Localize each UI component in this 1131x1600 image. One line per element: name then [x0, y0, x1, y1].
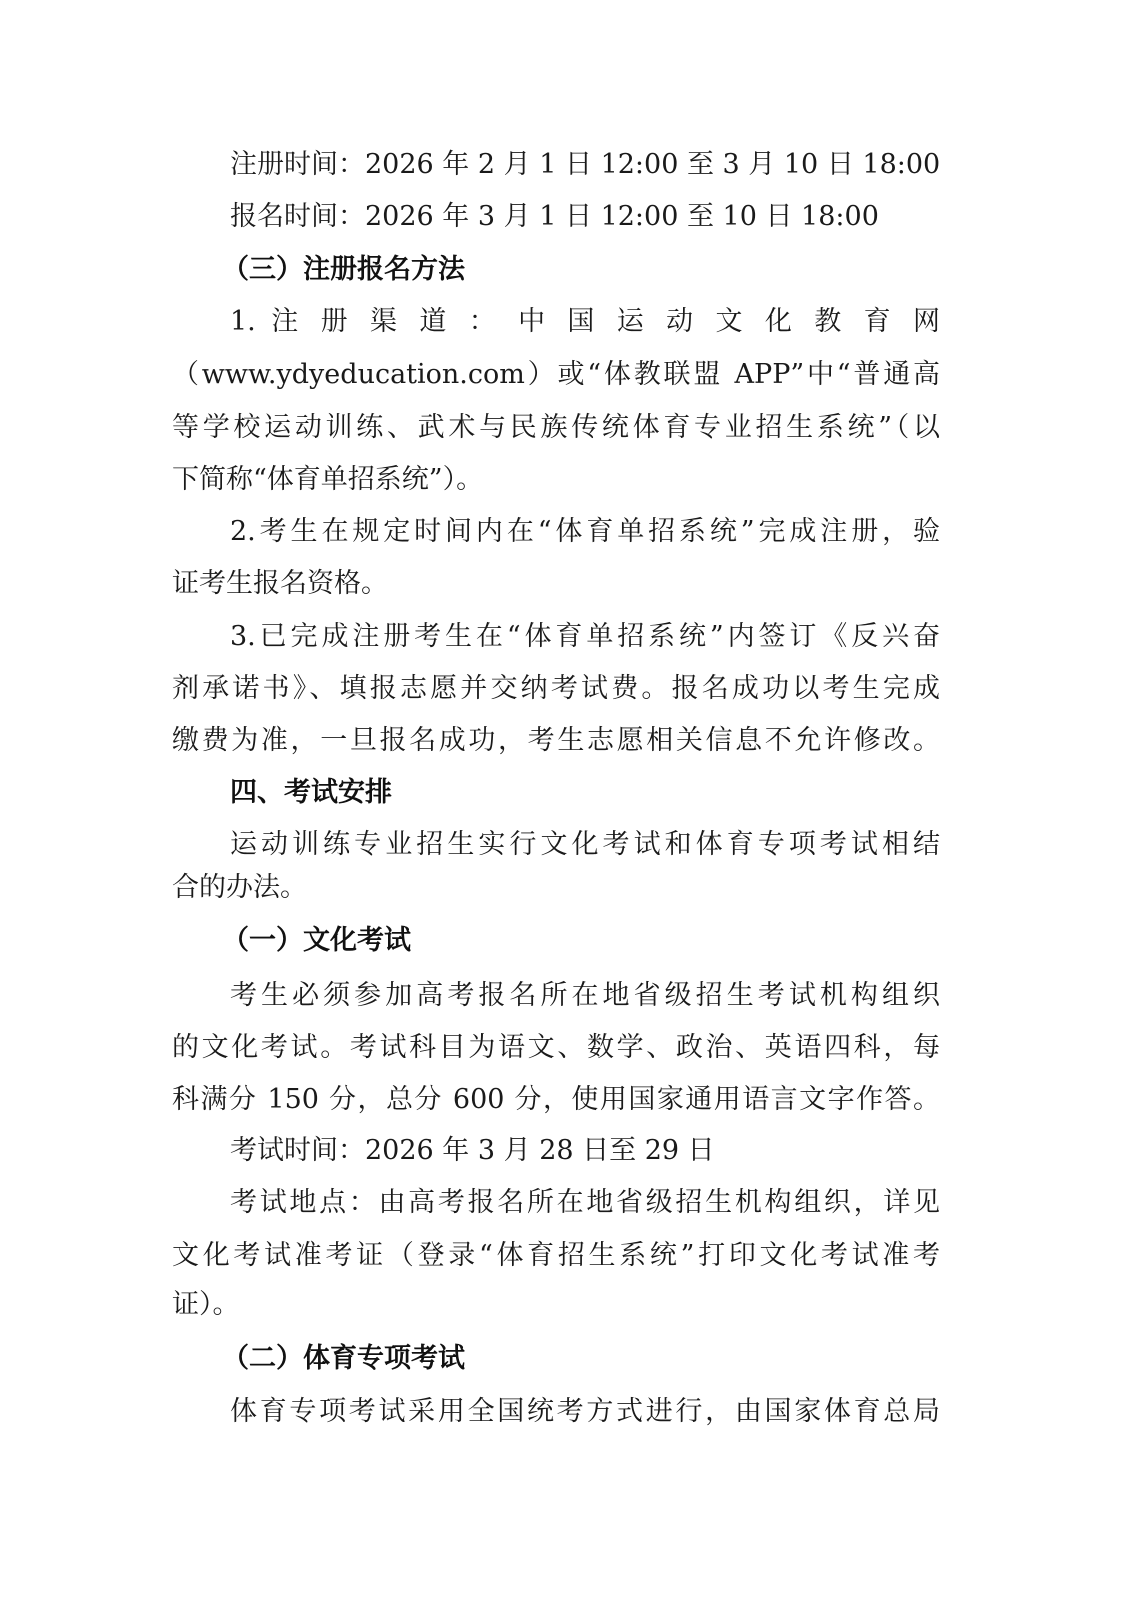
paragraph-line: 考生必须参加高考报名所在地省级招生考试机构组织 [230, 979, 940, 1013]
subsection-heading: （一）文化考试 [222, 924, 990, 958]
paragraph-line: （www.ydyeducation.com）或“体教联盟 APP”中“普通高 [172, 358, 940, 392]
paragraph-line: 下简称“体育单招系统”）。 [172, 463, 940, 497]
paragraph-line: 证考生报名资格。 [172, 567, 940, 601]
paragraph-line: 等学校运动训练、武术与民族传统体育专业招生系统”（以 [172, 411, 940, 445]
subsection-heading: （二）体育专项考试 [222, 1342, 990, 1376]
paragraph-line: 1. 注 册 渠 道 ： 中 国 运 动 文 化 教 育 网 [230, 305, 940, 339]
paragraph-line: 考试时间：2026 年 3 月 28 日至 29 日 [230, 1134, 940, 1168]
paragraph-line: 合的办法。 [172, 871, 940, 905]
section-heading: 四、考试安排 [230, 776, 940, 810]
document-page: 注册时间：2026 年 2 月 1 日 12:00 至 3 月 10 日 18:… [0, 0, 1131, 1600]
paragraph-line: 科满分 150 分，总分 600 分，使用国家通用语言文字作答。 [172, 1083, 940, 1117]
paragraph-line: 注册时间：2026 年 2 月 1 日 12:00 至 3 月 10 日 18:… [230, 148, 940, 182]
paragraph-line: 体育专项考试采用全国统考方式进行，由国家体育总局 [230, 1395, 940, 1429]
paragraph-line: 文化考试准考证（登录“体育招生系统”打印文化考试准考 [172, 1239, 940, 1273]
subsection-heading: （三）注册报名方法 [222, 253, 990, 287]
paragraph-line: 2.考生在规定时间内在“体育单招系统”完成注册，验 [230, 515, 940, 549]
paragraph-line: 运动训练专业招生实行文化考试和体育专项考试相结 [230, 828, 940, 862]
paragraph-line: 缴费为准，一旦报名成功，考生志愿相关信息不允许修改。 [172, 724, 940, 758]
paragraph-line: 证）。 [172, 1288, 940, 1322]
paragraph-line: 剂承诺书》、填报志愿并交纳考试费。报名成功以考生完成 [172, 672, 940, 706]
paragraph-line: 报名时间：2026 年 3 月 1 日 12:00 至 10 日 18:00 [230, 200, 940, 234]
paragraph-line: 3.已完成注册考生在“体育单招系统”内签订《反兴奋 [230, 620, 940, 654]
paragraph-line: 的文化考试。考试科目为语文、数学、政治、英语四科，每 [172, 1031, 940, 1065]
paragraph-line: 考试地点：由高考报名所在地省级招生机构组织，详见 [230, 1186, 940, 1220]
